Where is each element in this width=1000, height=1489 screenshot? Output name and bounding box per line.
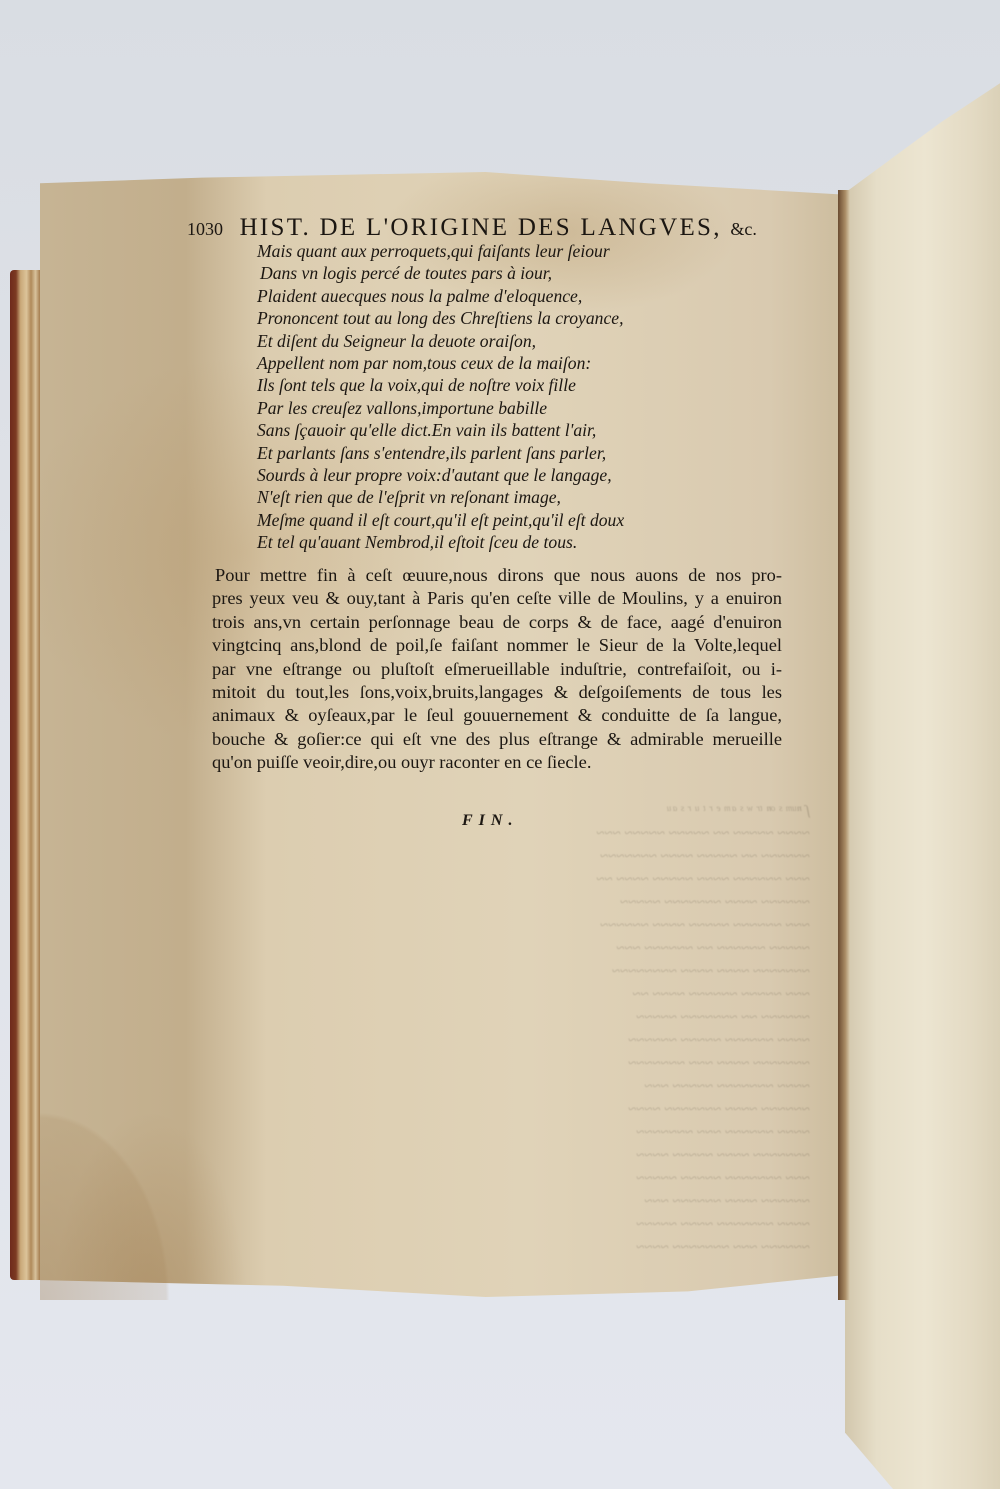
poem-line: Meſme quand il eſt court,qu'il eſt peint… [257, 509, 624, 531]
prose-line: qu'on puiſſe veoir,dire,ou ouyr raconter… [212, 751, 782, 774]
poem-line: Ils ſont tels que la voix,qui de noſtre … [257, 374, 624, 396]
poem-line: Dans vn logis percé de toutes pars à iou… [257, 262, 624, 284]
prose-line: mitoit du tout,les ſons,voix,bruits,lang… [212, 681, 782, 704]
prose-line: trois ans,vn certain perſonnage beau de … [212, 611, 782, 634]
poem-line: Et diſent du Seigneur la deuote oraiſon, [257, 330, 624, 352]
poem-line: Et tel qu'auant Nembrod,il eſtoit ſceu d… [257, 531, 624, 553]
poem-line: Plaident auecques nous la palme d'eloque… [257, 285, 624, 307]
poem-line: Mais quant aux perroquets,qui faiſants l… [257, 240, 624, 262]
poem-line: N'eſt rien que de l'eſprit vn reſonant i… [257, 486, 624, 508]
prose-paragraph: Pour mettre fin à ceſt œuure,nous dirons… [212, 564, 782, 775]
show-through-text: ʃ ⁿᵘᵐ ˢ ᵒⁿ ᵗʳ ʷ ˢ ᵃᵐ ᵉ ʳ ᵗ ᵘ ʳ ˢ ᵃᵘ ~~~~… [470, 800, 810, 1320]
poem-line: Sourds à leur propre voix:d'autant que l… [257, 464, 624, 486]
page-text: ʃ ⁿᵘᵐ ˢ ᵒⁿ ᵗʳ ʷ ˢ ᵃᵐ ᵉ ʳ ᵗ ᵘ ʳ ˢ ᵃᵘ ~~~~… [0, 0, 1000, 1489]
running-head-title: HIST. DE L'ORIGINE DES LANGVES, [240, 214, 722, 241]
poem-line: Sans ſçauoir qu'elle dict.En vain ils ba… [257, 419, 624, 441]
prose-line: animaux & oyſeaux,par le ſeul gouuerneme… [212, 704, 782, 727]
poem-block: Mais quant aux perroquets,qui faiſants l… [257, 240, 624, 554]
prose-line: vingtcinq ans,blond de poil,ſe faiſant n… [212, 634, 782, 657]
poem-line: Par les creuſez vallons,importune babill… [257, 397, 624, 419]
page-number: 1030 [187, 219, 223, 239]
prose-line: pres yeux veu & ouy,tant à Paris qu'en c… [212, 587, 782, 610]
prose-line: par vne eſtrange ou pluſtoſt eſmerueilla… [212, 658, 782, 681]
prose-line: bouche & goſier:ce qui eſt vne des plus … [212, 728, 782, 751]
poem-line: Appellent nom par nom,tous ceux de la ma… [257, 352, 624, 374]
running-head-etc: &c. [730, 219, 757, 239]
prose-line: Pour mettre fin à ceſt œuure,nous dirons… [212, 564, 782, 587]
running-head: 1030 HIST. DE L'ORIGINE DES LANGVES, &c. [187, 214, 797, 242]
closing-fin: FIN. [462, 812, 518, 830]
poem-line: Et parlants ſans s'entendre,ils parlent … [257, 442, 624, 464]
poem-line: Prononcent tout au long des Chreſtiens l… [257, 307, 624, 329]
